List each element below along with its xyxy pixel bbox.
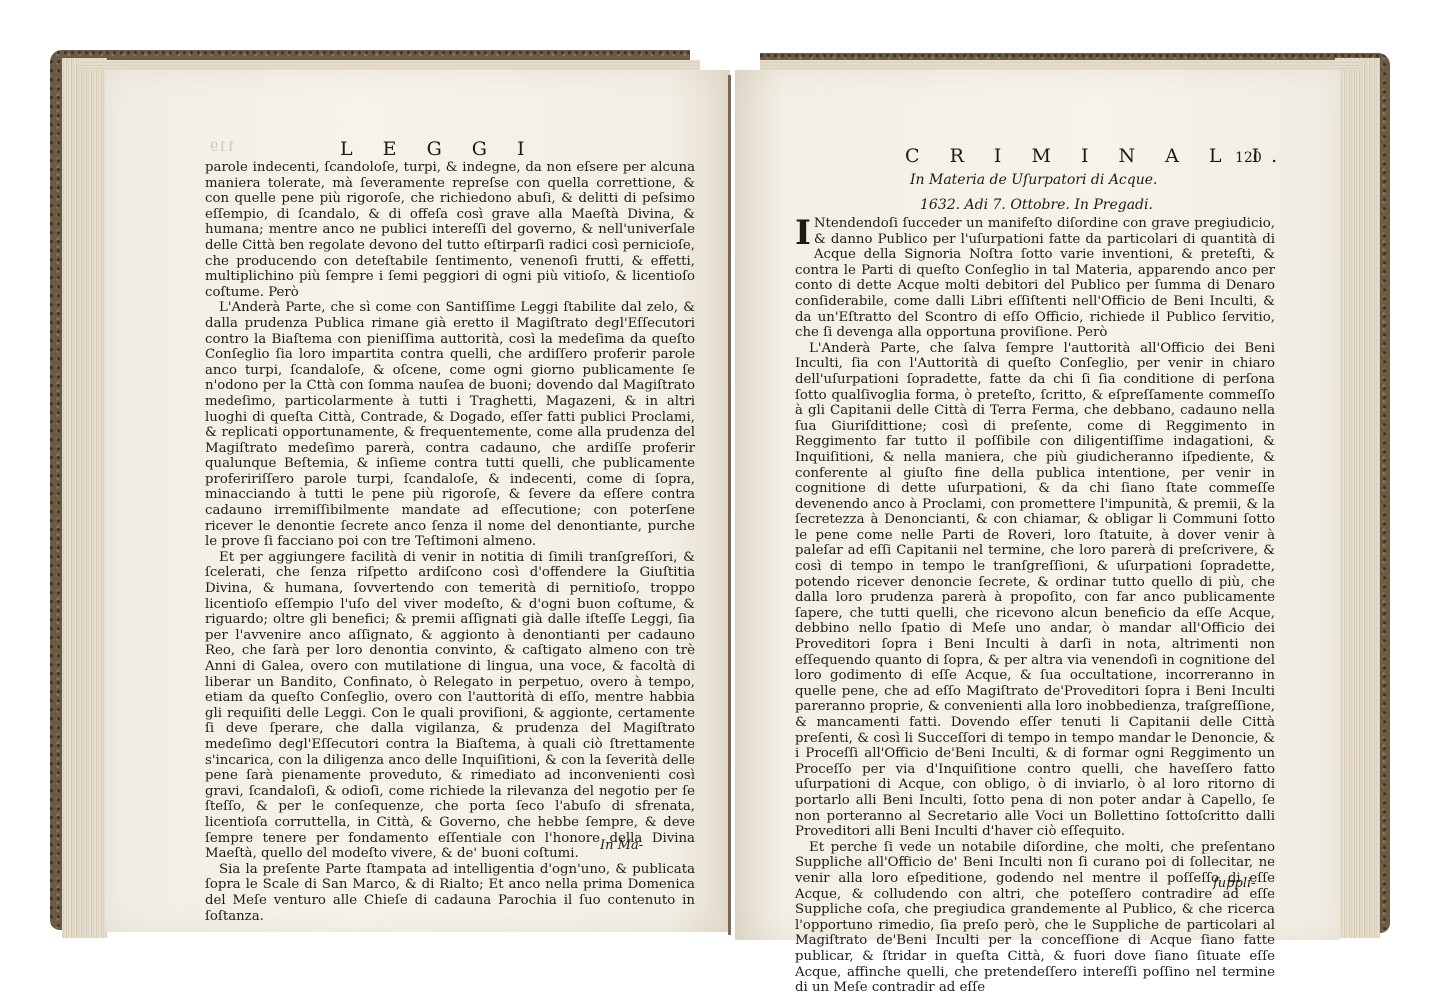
page-edges-top-left [80, 60, 700, 70]
paragraph-text: Ntendendoſi ſucceder un manifeſto diſord… [795, 216, 1275, 340]
book-gutter [728, 75, 731, 935]
paragraph: L'Anderà Parte, che sì come con Santiſſi… [205, 300, 695, 550]
date-line: 1632. Adi 7. Ottobre. In Pregadi. [920, 197, 1153, 213]
page-edges-right [1335, 58, 1380, 938]
catchword-right: ſuppli- [1213, 876, 1256, 891]
page-edges-top-right [760, 60, 1360, 70]
paragraph: parole indecenti, ſcandoloſe, turpi, & i… [205, 160, 695, 300]
paragraph: INtendendoſi ſucceder un manifeſto diſor… [795, 216, 1275, 341]
section-title: In Materia de Uſurpatori di Acque. [910, 172, 1157, 188]
left-page-text: parole indecenti, ſcandoloſe, turpi, & i… [205, 160, 695, 924]
page-number: 120 [1235, 150, 1262, 166]
running-head-left: L E G G I [340, 138, 537, 160]
catchword-left: In Ma- [600, 838, 643, 853]
paragraph: L'Anderà Parte, che ſalva ſempre l'autto… [795, 341, 1275, 840]
paragraph: Et per aggiungere facilità di venir in n… [205, 550, 695, 862]
drop-cap: I [795, 218, 811, 248]
right-page-text: INtendendoſi ſucceder un manifeſto diſor… [795, 216, 1275, 996]
running-head-right: C R I M I N A L I. [905, 145, 1289, 167]
open-book: 119 L E G G I parole indecenti, ſcandolo… [0, 0, 1453, 1000]
paragraph: Et perche ſi vede un notabile diſordine,… [795, 840, 1275, 996]
page-edges-left [62, 58, 107, 938]
paragraph: Sia la preſente Parte ſtampata ad intell… [205, 862, 695, 924]
show-through-page-number: 119 [210, 140, 235, 155]
